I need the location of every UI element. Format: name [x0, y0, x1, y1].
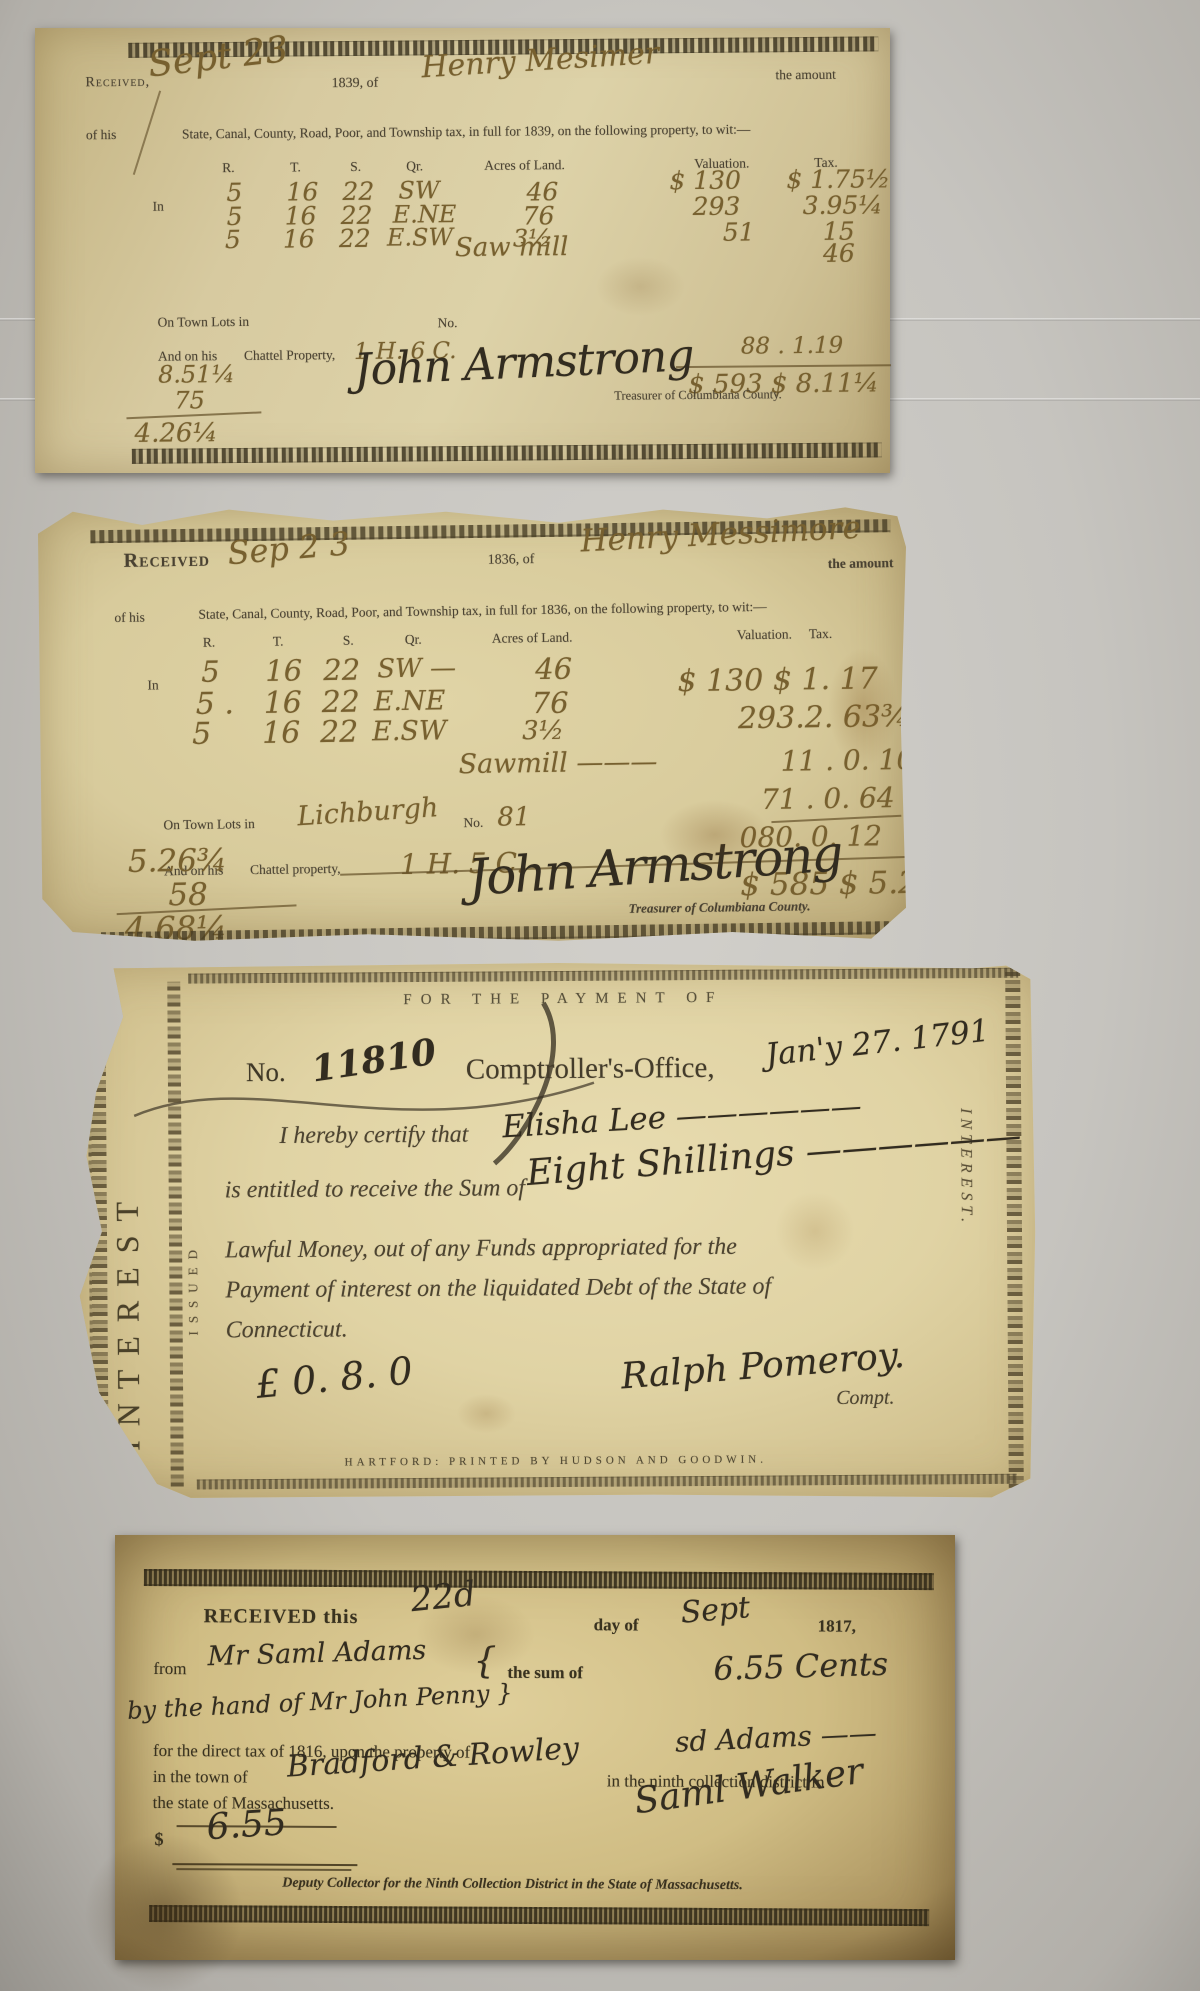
paper-stain — [595, 256, 686, 317]
sum-of-label: the sum of — [507, 1663, 583, 1683]
row-quarter: E.SW — [372, 715, 447, 747]
dollar-sign-label: $ — [154, 1829, 163, 1850]
row-town: 16 — [262, 715, 301, 751]
row-section: 22 — [320, 715, 359, 751]
photo-background: Received, Sept 23 1839, of Henry Mesimer… — [0, 0, 1200, 1991]
col-header-town: T. — [290, 159, 301, 175]
document-1817-direct-tax-receipt: RECEIVED this 22d day of Sept 1817, from… — [115, 1535, 955, 1960]
ornament-border-bottom — [132, 442, 882, 464]
town-handwritten: Bradford & Rowley — [286, 1731, 580, 1785]
fold-crease — [116, 1533, 956, 1537]
col-header-town: T. — [273, 634, 284, 650]
vine-border-left — [87, 972, 109, 1492]
year-label: 1817, — [818, 1616, 856, 1636]
certify-script-line: I hereby certify that — [279, 1122, 468, 1150]
payer-handwritten: Henry Messimore — [580, 510, 862, 560]
collector-title-label: Deputy Collector for the Ninth Collectio… — [282, 1876, 743, 1894]
money-row: $ 130 $ 1. 17 — [677, 661, 878, 699]
col-header-tax: Tax. — [809, 626, 833, 642]
entitled-script-line: is entitled to receive the Sum of — [225, 1175, 526, 1204]
month-handwritten: Sept — [679, 1590, 751, 1631]
lot-no-label: No. — [463, 815, 483, 831]
amount-handwritten: £ 0. 8. 0 — [254, 1348, 415, 1407]
body-script-line: Lawful Money, out of any Funds appropria… — [225, 1234, 737, 1265]
row-quarter: E.NE — [373, 685, 445, 717]
year-label: 1836, of — [488, 552, 535, 569]
money-row: 11 . 0. 10 — [780, 743, 914, 778]
collector-signature: Saml Walker — [632, 1751, 866, 1823]
col-header-range: R. — [222, 160, 235, 176]
town-handwritten: Lichburgh — [296, 792, 439, 832]
amount-label: the amount — [828, 555, 894, 572]
row-town: 16 — [265, 653, 302, 688]
tax-value: 46 — [823, 239, 855, 268]
row-quarter: SW — — [377, 653, 456, 684]
brace-mark: { — [473, 1641, 496, 1682]
amount-figures-handwritten: 6.55 — [205, 1802, 288, 1848]
date-handwritten: Sept 23 — [146, 29, 290, 86]
from-label: from — [153, 1659, 186, 1679]
chattel-label: Chattel property, — [250, 861, 341, 878]
vine-border-right — [1005, 968, 1024, 1488]
body-script-line: Payment of interest on the liquidated De… — [225, 1274, 771, 1305]
received-label: Received — [124, 549, 211, 573]
row-section: 22 — [339, 224, 371, 253]
in-label: In — [153, 199, 164, 215]
ornament-border-top — [144, 1569, 934, 1590]
amount-underline-2 — [176, 1868, 351, 1871]
document-1791-comptroller-certificate: INTEREST ISSUED INTEREST. FOR THE PAYMEN… — [75, 963, 1040, 1500]
printer-imprint: HARTFORD: PRINTED BY HUDSON AND GOODWIN. — [345, 1454, 767, 1469]
payer-handwritten: Mr Saml Adams — [207, 1635, 427, 1672]
lot-no-label: No. — [438, 315, 458, 331]
of-his-label: of his — [114, 610, 145, 626]
figure: 4.68¼ — [125, 908, 228, 947]
document-1839-tax-receipt: Received, Sept 23 1839, of Henry Mesimer… — [35, 28, 890, 473]
row-range: 5 — [192, 717, 212, 752]
ornament-border-bottom — [197, 1474, 1017, 1490]
by-hand-handwritten: by the hand of Mr John Penny } — [127, 1679, 513, 1725]
office-label: Comptroller's-Office, — [466, 1052, 715, 1087]
day-handwritten: 22d — [409, 1574, 478, 1620]
amount-handwritten: 6.55 Cents — [713, 1645, 889, 1688]
treasurer-title-label: Treasurer of Columbiana County. — [614, 387, 782, 403]
issued-vertical-label: ISSUED — [185, 1170, 202, 1335]
sawmill-handwritten: Saw mill — [455, 232, 569, 263]
amount-underline — [172, 1863, 357, 1866]
row-quarter: E.SW — [387, 223, 454, 252]
received-label: Received, — [85, 75, 150, 92]
town-label: in the town of — [153, 1767, 248, 1787]
col-header-section: S. — [343, 633, 354, 649]
figure: 5.26¾ — [128, 842, 228, 879]
valuation-value: 51 — [723, 217, 755, 246]
year-label: 1839, of — [331, 76, 378, 92]
col-header-valuation: Valuation. — [737, 627, 792, 644]
paper-stain — [775, 1191, 856, 1272]
town-lots-label: On Town Lots in — [158, 314, 250, 331]
interest-vertical-label: INTEREST — [108, 1051, 148, 1451]
day-of-label: day of — [594, 1615, 639, 1635]
row-range: 5 — [225, 225, 241, 254]
row-acres: 3½ — [522, 716, 564, 747]
lot-number-handwritten: 81 — [497, 802, 531, 832]
ornament-border-bottom — [149, 1905, 929, 1926]
received-label: RECEIVED this — [204, 1605, 359, 1629]
document-1836-tax-receipt: Received Sep 2 3 1836, of Henry Messimor… — [38, 503, 906, 943]
row-acres: 46 — [535, 652, 572, 687]
in-label: In — [147, 677, 158, 693]
town-lots-label: On Town Lots in — [163, 816, 255, 833]
number-label: No. — [246, 1057, 286, 1088]
figure: 8.51¼ — [158, 360, 235, 389]
compt-label: Compt. — [836, 1387, 895, 1410]
money-row: 293.2. 63¾ — [738, 699, 911, 736]
col-header-acres: Acres of Land. — [492, 630, 573, 647]
payment-of-header: FOR THE PAYMENT OF — [403, 990, 723, 1009]
paper-stain — [456, 1393, 516, 1433]
tax-form-line: State, Canal, County, Road, Poor, and To… — [182, 121, 750, 142]
figure: 58 — [168, 877, 208, 914]
row-range: 5 — [201, 655, 220, 689]
money-row: 71 . 0. 64 — [761, 781, 895, 816]
col-header-range: R. — [203, 635, 216, 651]
treasurer-title-label: Treasurer of Columbiana County. — [628, 898, 810, 917]
fold-crease — [116, 1533, 956, 1537]
col-header-section: S. — [350, 159, 361, 175]
body-script-line: Connecticut. — [226, 1316, 348, 1344]
col-header-acres: Acres of Land. — [484, 157, 565, 174]
amount-label: the amount — [775, 67, 836, 84]
of-his-label: of his — [86, 127, 117, 143]
row-town: 16 — [283, 224, 315, 253]
col-header-quarter: Qr. — [405, 632, 422, 648]
subtotal-handwritten: 88 . 1.19 — [741, 333, 844, 360]
chattel-label: Chattel Property, — [244, 347, 335, 364]
col-header-quarter: Qr. — [406, 158, 423, 174]
tax-value: 3.95¼ — [802, 190, 882, 220]
valuation-value: 293 — [692, 192, 740, 221]
tax-form-line: State, Canal, County, Road, Poor, and To… — [198, 599, 767, 623]
pen-flourish — [133, 90, 161, 175]
figure: 75 — [174, 386, 205, 414]
row-section: 22 — [323, 653, 360, 688]
sawmill-handwritten: Sawmill ——— — [458, 746, 657, 780]
figure: 4.26¼ — [134, 418, 217, 449]
